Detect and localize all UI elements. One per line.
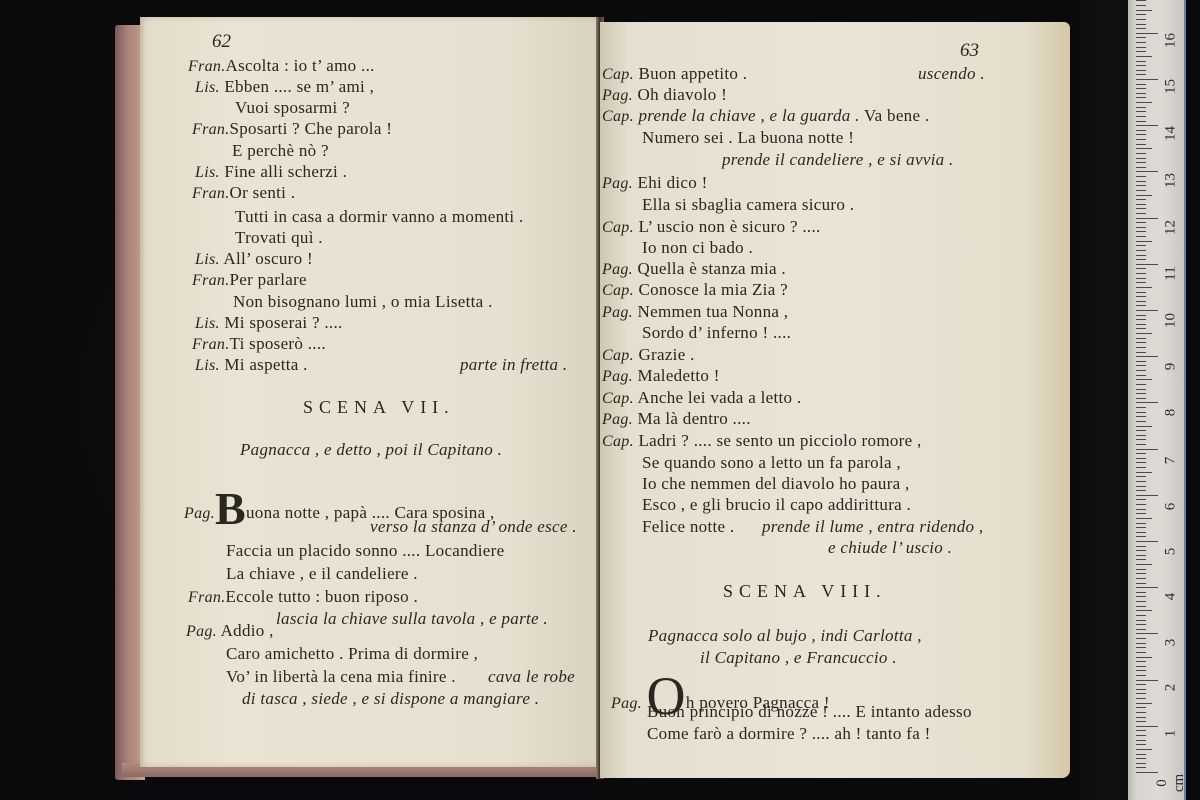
ruler-tick (1136, 287, 1152, 288)
ruler-mark: 16 (1163, 28, 1180, 54)
stage-direction: verso la stanza d’ onde esce . (370, 517, 577, 537)
ruler-mark: 10 (1163, 308, 1180, 334)
ruler-tick (1136, 393, 1146, 394)
dialogue-line: Pag. Oh diavolo ! (602, 85, 727, 106)
ruler-tick (1136, 144, 1146, 145)
ruler-tick (1136, 33, 1158, 34)
ruler-tick (1136, 698, 1146, 699)
ruler-tick (1136, 310, 1158, 311)
ruler-tick (1136, 236, 1146, 237)
ruler-tick (1136, 449, 1158, 450)
ruler-tick (1136, 158, 1146, 159)
ruler-tick (1136, 102, 1152, 103)
ruler-tick (1136, 125, 1158, 126)
ruler-tick (1136, 28, 1146, 29)
ruler-tick (1136, 315, 1146, 316)
ruler-tick (1136, 65, 1146, 66)
ruler-tick (1136, 707, 1146, 708)
ruler-tick (1136, 416, 1146, 417)
ruler-tick (1136, 342, 1146, 343)
ruler-tick (1136, 352, 1146, 353)
ruler-tick (1136, 430, 1146, 431)
ruler-tick (1136, 379, 1152, 380)
ruler-tick (1136, 633, 1158, 634)
dialogue-line: Vuoi sposarmi ? (235, 98, 350, 118)
dialogue-line: Cap. Anche lei vada a letto . (602, 388, 801, 409)
ruler-tick (1136, 389, 1146, 390)
ruler-tick (1136, 481, 1146, 482)
dialogue-line: Buon principio di nozze ! .... E intanto… (647, 702, 972, 722)
ruler-tick (1136, 61, 1146, 62)
ruler-tick (1136, 375, 1146, 376)
ruler-tick (1136, 675, 1146, 676)
ruler-tick (1136, 134, 1146, 135)
ruler-tick (1136, 532, 1146, 533)
ruler-tick (1136, 47, 1146, 48)
ruler-tick (1136, 116, 1146, 117)
ruler-tick (1136, 167, 1146, 168)
ruler-tick (1136, 24, 1146, 25)
ruler-tick (1136, 657, 1152, 658)
ruler-tick (1136, 624, 1146, 625)
dialogue-line: Ella si sbaglia camera sicuro . (642, 195, 854, 215)
stage-direction: prende il lume , entra ridendo , (762, 517, 983, 537)
stage-direction: cava le robe (488, 667, 575, 687)
ruler-tick (1136, 241, 1152, 242)
page-number: 63 (960, 40, 979, 62)
ruler-tick (1136, 107, 1146, 108)
ruler-tick (1136, 680, 1158, 681)
ruler-tick (1136, 56, 1152, 57)
dialogue-line: Pag. Nemmen tua Nonna , (602, 302, 788, 323)
ruler-mark: 6 (1163, 494, 1180, 520)
ruler-tick (1136, 772, 1158, 773)
ruler-tick (1136, 610, 1152, 611)
ruler-tick (1136, 583, 1146, 584)
dialogue-line: Lis. Fine alli scherzi . (195, 162, 347, 183)
ruler-tick (1136, 347, 1146, 348)
ruler-tick (1136, 546, 1146, 547)
ruler-tick (1136, 587, 1158, 588)
ruler-tick (1136, 88, 1146, 89)
ruler-tick (1136, 661, 1146, 662)
ruler-tick (1136, 148, 1152, 149)
ruler-tick (1136, 398, 1146, 399)
ruler-tick (1136, 578, 1146, 579)
ruler-tick (1136, 42, 1146, 43)
ruler-tick (1136, 93, 1146, 94)
ruler-tick (1136, 0, 1146, 1)
ruler-tick (1136, 559, 1146, 560)
dialogue-line: Come farò a dormire ? .... ah ! tanto fa… (647, 724, 931, 744)
ruler-tick (1136, 195, 1152, 196)
ruler-tick (1136, 190, 1146, 191)
dialogue-line: Fran.Ti sposerò .... (192, 334, 326, 355)
ruler-tick (1136, 292, 1146, 293)
ruler-tick (1136, 652, 1146, 653)
ruler-mark: 8 (1163, 400, 1180, 426)
ruler-tick (1136, 426, 1152, 427)
ruler-mark: 14 (1163, 121, 1180, 147)
dialogue-line: Numero sei . La buona notte ! (642, 128, 854, 148)
ruler-tick (1136, 620, 1146, 621)
ruler-tick (1136, 296, 1146, 297)
ruler-tick (1136, 255, 1146, 256)
ruler-tick (1136, 37, 1146, 38)
ruler-tick (1136, 305, 1146, 306)
ruler-tick (1136, 333, 1152, 334)
ruler-mark: 3 (1163, 630, 1180, 656)
ruler-tick (1136, 638, 1146, 639)
ruler-tick (1136, 264, 1158, 265)
ruler-tick (1136, 730, 1146, 731)
ruler-tick (1136, 523, 1146, 524)
stage-direction: prende il candeliere , e si avvia . (722, 150, 954, 170)
ruler-mark: 15 (1163, 74, 1180, 100)
dialogue-line: Io non ci bado . (642, 238, 753, 258)
ruler-tick (1136, 259, 1146, 260)
ruler-tick (1136, 171, 1158, 172)
ruler-tick (1136, 573, 1146, 574)
right-page: 63 Cap. Buon appetito . uscendo . Pag. O… (600, 22, 1070, 778)
ruler-tick (1136, 139, 1146, 140)
ruler-tick (1136, 70, 1146, 71)
ruler-tick (1136, 670, 1146, 671)
ruler-tick (1136, 518, 1152, 519)
stage-direction: lascia la chiave sulla tavola , e parte … (276, 609, 548, 629)
ruler-tick (1136, 717, 1146, 718)
ruler-tick (1136, 504, 1146, 505)
ruler-tick (1136, 370, 1146, 371)
ruler-tick (1136, 421, 1146, 422)
ruler-tick (1136, 601, 1146, 602)
ruler-tick (1136, 550, 1146, 551)
dialogue-line: Pag. Maledetto ! (602, 366, 720, 387)
ruler-tick (1136, 282, 1146, 283)
ruler-tick (1136, 467, 1146, 468)
ruler-tick (1136, 222, 1146, 223)
dialogue-line: Cap. Ladri ? .... se sento un picciolo r… (602, 431, 922, 452)
background-shadow (1070, 0, 1128, 800)
ruler-tick (1136, 666, 1146, 667)
dialogue-line: Io che nemmen del diavolo ho paura , (642, 474, 910, 494)
dialogue-line: Fran.Or senti . (192, 183, 295, 204)
dialogue-line: Caro amichetto . Prima di dormire , (226, 644, 478, 664)
ruler-tick (1136, 564, 1152, 565)
ruler-mark: 5 (1163, 539, 1180, 565)
ruler-tick (1136, 490, 1146, 491)
ruler-tick (1136, 684, 1146, 685)
ruler-tick (1136, 130, 1146, 131)
ruler-tick (1136, 527, 1146, 528)
ruler-tick (1136, 250, 1146, 251)
ruler-tick (1136, 365, 1146, 366)
ruler-tick (1136, 384, 1146, 385)
ruler-tick (1136, 569, 1146, 570)
ruler-tick (1136, 647, 1146, 648)
ruler-tick (1136, 740, 1146, 741)
page-number: 62 (212, 31, 231, 53)
ruler-tick (1136, 111, 1146, 112)
dialogue-line: Pag. Ma là dentro .... (602, 409, 751, 430)
dialogue-line: Esco , e gli brucio il capo addirittura … (642, 495, 911, 515)
ruler-mark: 13 (1163, 168, 1180, 194)
ruler-tick (1136, 439, 1146, 440)
ruler-tick (1136, 767, 1146, 768)
ruler-tick (1136, 513, 1146, 514)
ruler-tick (1136, 74, 1146, 75)
ruler-tick (1136, 338, 1146, 339)
ruler-tick (1136, 19, 1146, 20)
ruler-tick (1136, 176, 1146, 177)
dialogue-line: Cap. Buon appetito . (602, 64, 747, 85)
measurement-ruler: 0 cm 1 2 3 4 5 6 7 8 9 10 11 12 13 14 15… (1128, 0, 1186, 800)
ruler-tick (1136, 472, 1152, 473)
dialogue-line: Sordo d’ inferno ! .... (642, 323, 791, 343)
ruler-tick (1136, 227, 1146, 228)
dialogue-line: Tutti in casa a dormir vanno a momenti . (235, 207, 524, 227)
ruler-mark: 1 (1163, 721, 1180, 747)
dialogue-line: Cap. prende la chiave , e la guarda . Va… (602, 106, 929, 127)
scene-title: SCENA VIII. (723, 581, 887, 602)
ruler-tick (1136, 476, 1146, 477)
ruler-mark: 12 (1163, 215, 1180, 241)
ruler-tick (1136, 319, 1146, 320)
dialogue-line: Fran.Eccole tutto : buon riposo . (188, 587, 418, 608)
ruler-mark: 4 (1163, 584, 1180, 610)
dialogue-line: Cap. Conosce la mia Zia ? (602, 280, 788, 301)
ruler-tick (1136, 615, 1146, 616)
dialogue-line: Pag. Quella è stanza mia . (602, 259, 786, 280)
ruler-tick (1136, 495, 1158, 496)
ruler-tick (1136, 231, 1146, 232)
ruler-tick (1136, 726, 1158, 727)
ruler-mark: 9 (1163, 354, 1180, 380)
ruler-tick (1136, 121, 1146, 122)
dialogue-line: Fran.Per parlare (192, 270, 307, 291)
dialogue-line: Vo’ in libertà la cena mia finire . (226, 667, 456, 687)
ruler-unit-label: 0 cm (1154, 770, 1188, 796)
dialogue-line: Se quando sono a letto un fa parola , (642, 453, 901, 473)
ruler-tick (1136, 749, 1152, 750)
ruler-tick (1136, 486, 1146, 487)
dialogue-line: E perchè nò ? (232, 141, 329, 161)
ruler-tick (1136, 555, 1146, 556)
ruler-mark: 7 (1163, 448, 1180, 474)
ruler-tick (1136, 536, 1146, 537)
ruler-tick (1136, 51, 1146, 52)
ruler-tick (1136, 153, 1146, 154)
ruler-tick (1136, 462, 1146, 463)
dialogue-line: Pag. Addio , (186, 621, 274, 642)
ruler-tick (1136, 643, 1146, 644)
ruler-tick (1136, 744, 1146, 745)
dialogue-line: Cap. L’ uscio non è sicuro ? .... (602, 217, 821, 238)
stage-direction: uscendo . (918, 64, 985, 84)
ruler-tick (1136, 763, 1146, 764)
dialogue-line: Faccia un placido sonno .... Locandiere (226, 541, 504, 561)
ruler-tick (1136, 162, 1146, 163)
dialogue-line: La chiave , e il candeliere . (226, 564, 418, 584)
ruler-tick (1136, 301, 1146, 302)
ruler-tick (1136, 754, 1146, 755)
ruler-tick (1136, 328, 1146, 329)
ruler-tick (1136, 185, 1146, 186)
ruler-tick (1136, 407, 1146, 408)
ruler-tick (1136, 458, 1146, 459)
scene-characters: il Capitano , e Francuccio . (700, 648, 897, 668)
ruler-tick (1136, 208, 1146, 209)
dialogue-line: Trovati quì . (235, 228, 323, 248)
stage-direction: di tasca , siede , e si dispone a mangia… (242, 689, 539, 709)
ruler-tick (1136, 356, 1158, 357)
ruler-tick (1136, 268, 1146, 269)
ruler-tick (1136, 97, 1146, 98)
ruler-tick (1136, 541, 1158, 542)
ruler-tick (1136, 204, 1146, 205)
scene-characters: Pagnacca , e detto , poi il Capitano . (240, 440, 502, 460)
ruler-tick (1136, 703, 1152, 704)
ruler-tick (1136, 606, 1146, 607)
ruler-tick (1136, 735, 1146, 736)
ruler-tick (1136, 758, 1146, 759)
ruler-tick (1136, 721, 1146, 722)
scene-title: SCENA VII. (303, 397, 455, 418)
scene-characters: Pagnacca solo al bujo , indi Carlotta , (648, 626, 922, 646)
ruler-mark: 2 (1163, 675, 1180, 701)
ruler-tick (1136, 245, 1146, 246)
ruler-tick (1136, 181, 1146, 182)
ruler-tick (1136, 10, 1152, 11)
dialogue-line: Fran.Sposarti ? Che parola ! (192, 119, 392, 140)
ruler-tick (1136, 84, 1146, 85)
ruler-tick (1136, 629, 1146, 630)
ruler-tick (1136, 453, 1146, 454)
dialogue-line: Cap. Grazie . (602, 345, 695, 366)
ruler-tick (1136, 712, 1146, 713)
ruler-tick (1136, 278, 1146, 279)
ruler-tick (1136, 14, 1146, 15)
drop-cap: B (215, 483, 246, 534)
ruler-tick (1136, 693, 1146, 694)
ruler-tick (1136, 412, 1146, 413)
ruler-tick (1136, 199, 1146, 200)
dialogue-line: Lis. Mi sposerai ? .... (195, 313, 343, 334)
ruler-tick (1136, 324, 1146, 325)
ruler-tick (1136, 402, 1158, 403)
dialogue-line: Lis. Ebben .... se m’ ami , (195, 77, 374, 98)
dialogue-line: Pag. Ehi dico ! (602, 173, 708, 194)
ruler-tick (1136, 596, 1146, 597)
ruler-tick (1136, 218, 1158, 219)
ruler-tick (1136, 435, 1146, 436)
ruler-tick (1136, 79, 1158, 80)
ruler-tick (1136, 444, 1146, 445)
dialogue-line: Felice notte . (642, 517, 734, 537)
stage-direction: e chiude l’ uscio . (828, 538, 952, 558)
dialogue-line: Fran.Ascolta : io t’ amo ... (188, 56, 375, 77)
dialogue-line: Lis. All’ oscuro ! (195, 249, 313, 270)
dialogue-line: Lis. Mi aspetta . (195, 355, 308, 376)
dialogue-line: Non bisognano lumi , o mia Lisetta . (233, 292, 493, 312)
ruler-tick (1136, 213, 1146, 214)
ruler-mark: 11 (1163, 261, 1180, 287)
ruler-tick (1136, 273, 1146, 274)
ruler-tick (1136, 689, 1146, 690)
ruler-tick (1136, 499, 1146, 500)
ruler-tick (1136, 509, 1146, 510)
ruler-tick (1136, 5, 1146, 6)
ruler-tick (1136, 361, 1146, 362)
ruler-tick (1136, 592, 1146, 593)
left-page: 62 Fran.Ascolta : io t’ amo ... Lis. Ebb… (140, 17, 598, 767)
stage-direction: parte in fretta . (460, 355, 567, 375)
